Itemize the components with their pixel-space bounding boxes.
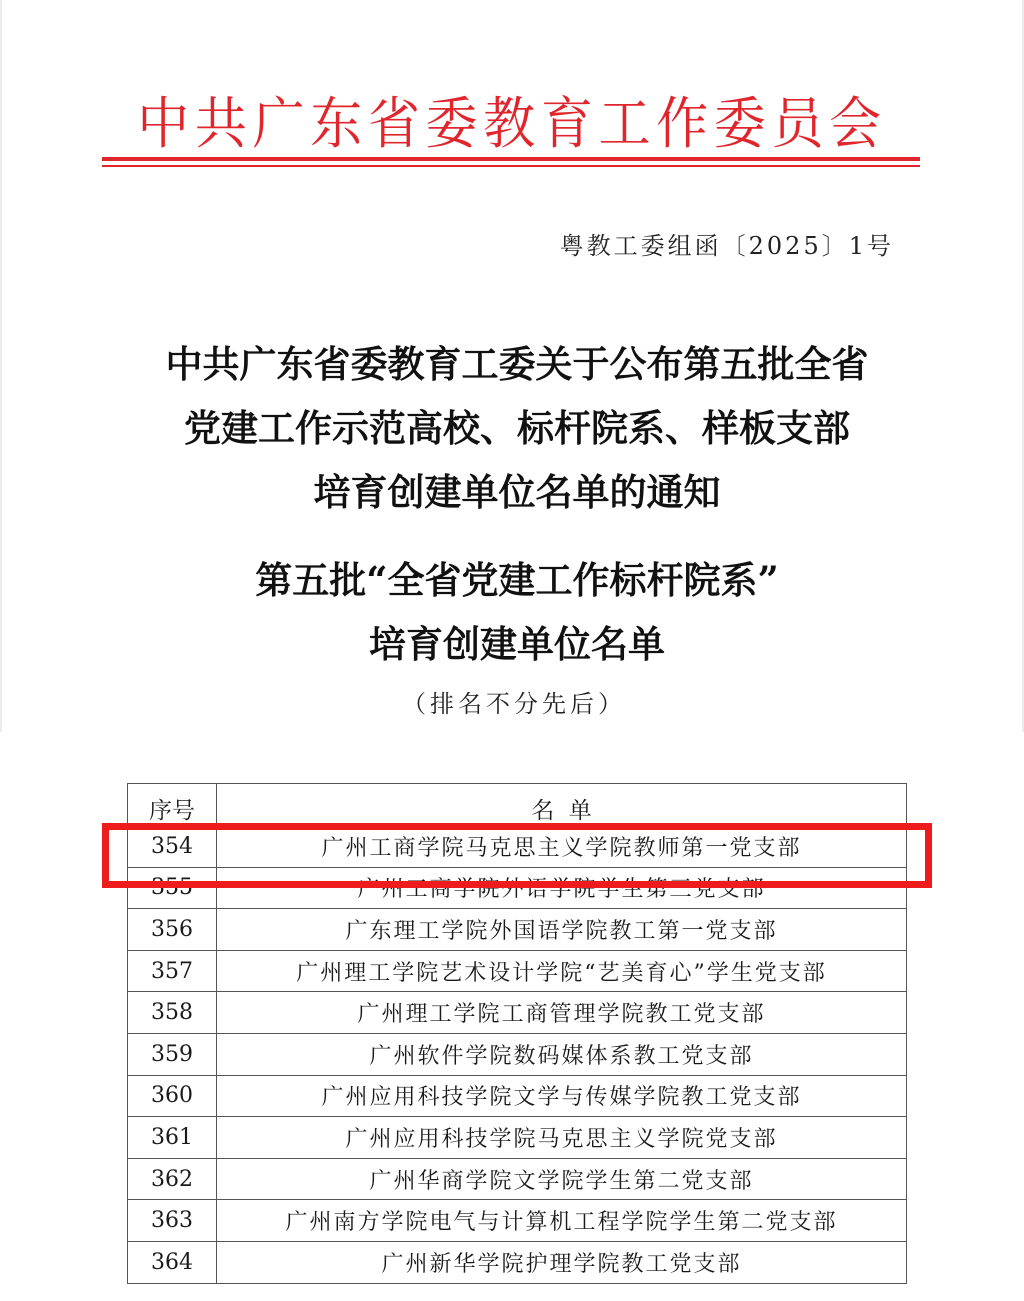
letterhead-rule-thin [102, 165, 920, 167]
row-number: 357 [128, 950, 217, 992]
table-row: 356广东理工学院外国语学院教工第一党支部 [128, 909, 907, 951]
row-number: 354 [128, 826, 217, 868]
notice-title: 中共广东省委教育工委关于公布第五批全省 党建工作示范高校、标杆院系、样板支部 培… [122, 332, 912, 524]
table-header-row: 序号 名 单 [128, 784, 907, 826]
row-name: 广州应用科技学院马克思主义学院党支部 [217, 1117, 907, 1159]
row-number: 355 [128, 867, 217, 909]
row-name: 广州工商学院马克思主义学院教师第一党支部 [217, 826, 907, 868]
row-number: 363 [128, 1200, 217, 1242]
row-name: 广州理工学院工商管理学院教工党支部 [217, 992, 907, 1034]
table-row: 357广州理工学院艺术设计学院“艺美育心”学生党支部 [128, 950, 907, 992]
list-title-line: 第五批“全省党建工作标杆院系” [152, 548, 882, 612]
document-page-header: 中共广东省委教育工作委员会 粤教工委组函〔2025〕1号 中共广东省委教育工委关… [0, 0, 1024, 732]
row-name: 广州理工学院艺术设计学院“艺美育心”学生党支部 [217, 950, 907, 992]
row-name: 广州工商学院外语学院学生第三党支部 [217, 867, 907, 909]
table-row: 359广州软件学院数码媒体系教工党支部 [128, 1033, 907, 1075]
row-number: 356 [128, 909, 217, 951]
table-row: 363广州南方学院电气与计算机工程学院学生第二党支部 [128, 1200, 907, 1242]
notice-title-line: 党建工作示范高校、标杆院系、样板支部 [122, 396, 912, 460]
table-row: 358广州理工学院工商管理学院教工党支部 [128, 992, 907, 1034]
letterhead-rule-thick [102, 157, 920, 161]
table-row: 354广州工商学院马克思主义学院教师第一党支部 [128, 826, 907, 868]
table-row: 355广州工商学院外语学院学生第三党支部 [128, 867, 907, 909]
notice-title-line: 中共广东省委教育工委关于公布第五批全省 [122, 332, 912, 396]
column-header-number: 序号 [128, 784, 217, 826]
table-row: 360广州应用科技学院文学与传媒学院教工党支部 [128, 1075, 907, 1117]
row-name: 广州软件学院数码媒体系教工党支部 [217, 1033, 907, 1075]
row-name: 广州华商学院文学院学生第二党支部 [217, 1158, 907, 1200]
table-row: 361广州应用科技学院马克思主义学院党支部 [128, 1117, 907, 1159]
table-row: 362广州华商学院文学院学生第二党支部 [128, 1158, 907, 1200]
row-name: 广东理工学院外国语学院教工第一党支部 [217, 909, 907, 951]
list-title-line: 培育创建单位名单 [152, 612, 882, 676]
row-name: 广州新华学院护理学院教工党支部 [217, 1241, 907, 1283]
row-number: 360 [128, 1075, 217, 1117]
list-note: （排名不分先后） [2, 684, 1024, 719]
notice-title-line: 培育创建单位名单的通知 [122, 460, 912, 524]
table-row: 364广州新华学院护理学院教工党支部 [128, 1241, 907, 1283]
column-header-name: 名 单 [217, 784, 907, 826]
row-number: 364 [128, 1241, 217, 1283]
row-name: 广州应用科技学院文学与传媒学院教工党支部 [217, 1075, 907, 1117]
list-title: 第五批“全省党建工作标杆院系” 培育创建单位名单 [152, 548, 882, 676]
row-number: 359 [128, 1033, 217, 1075]
document-number: 粤教工委组函〔2025〕1号 [560, 226, 894, 261]
row-name: 广州南方学院电气与计算机工程学院学生第二党支部 [217, 1200, 907, 1242]
row-number: 362 [128, 1158, 217, 1200]
row-number: 358 [128, 992, 217, 1034]
roster-table: 序号 名 单 354广州工商学院马克思主义学院教师第一党支部 355广州工商学院… [127, 783, 907, 1284]
letterhead-title: 中共广东省委教育工作委员会 [131, 92, 894, 158]
row-number: 361 [128, 1117, 217, 1159]
